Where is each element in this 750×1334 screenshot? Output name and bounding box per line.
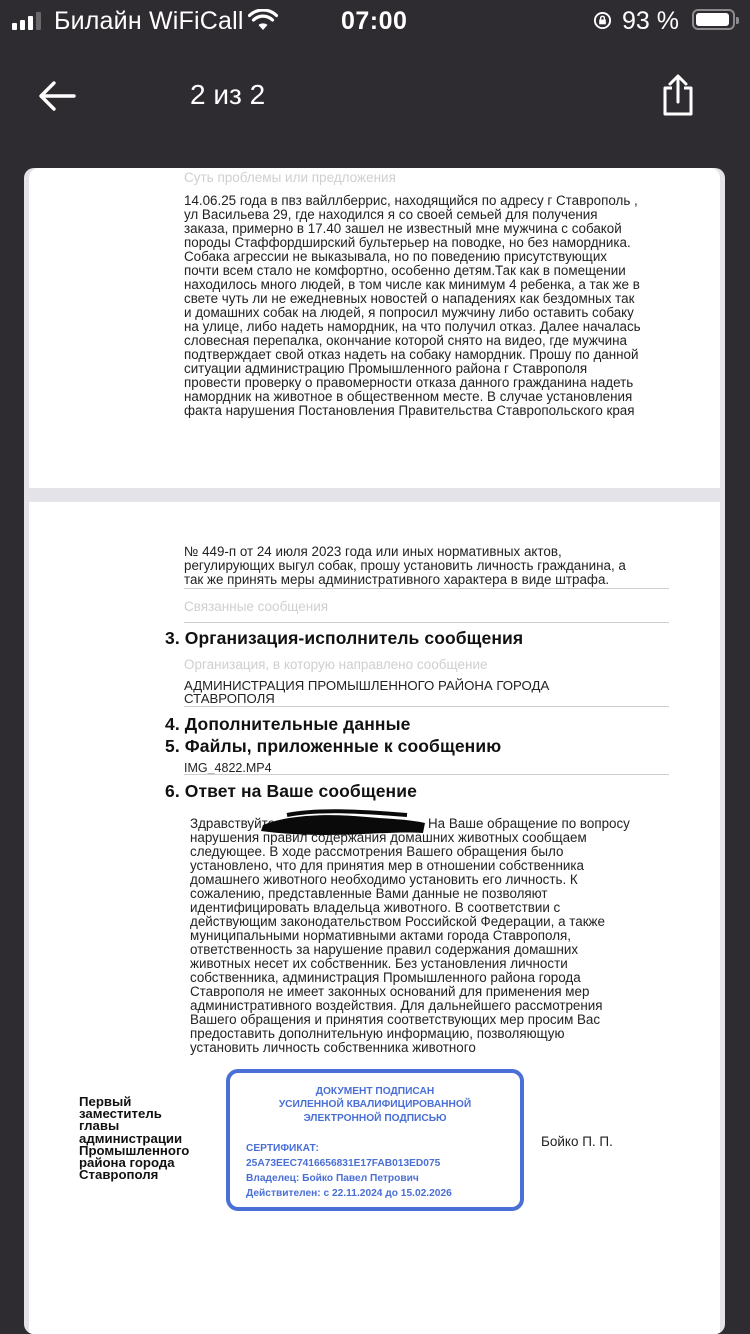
problem-label: Суть проблемы или предложения (184, 170, 396, 185)
document-page-2: № 449-п от 24 июля 2023 года или иных но… (29, 502, 720, 1334)
clock: 07:00 (341, 7, 407, 36)
document-page-1: Суть проблемы или предложения 14.06.25 г… (29, 168, 720, 488)
problem-text-continued: № 449-п от 24 июля 2023 года или иных но… (184, 545, 626, 587)
section-6-heading: 6. Ответ на Ваше сообщение (165, 781, 417, 802)
divider (184, 588, 669, 589)
section-3-heading: 3. Организация-исполнитель сообщения (165, 628, 523, 649)
signer-position: Первый заместитель главы администрации П… (79, 1096, 189, 1181)
related-messages-label: Связанные сообщения (184, 599, 328, 614)
stamp-owner: Владелец: Бойко Павел Петрович (246, 1173, 419, 1184)
signer-name: Бойко П. П. (541, 1134, 613, 1149)
share-icon (654, 72, 702, 118)
wifi-icon (248, 9, 278, 31)
battery-percent: 93 % (622, 7, 679, 36)
section-5-heading: 5. Файлы, приложенные к сообщению (165, 736, 501, 757)
reply-first-line: На Ваше обращение по вопросу (428, 817, 630, 831)
back-button[interactable] (34, 76, 82, 116)
document-viewer[interactable]: Суть проблемы или предложения 14.06.25 г… (24, 168, 725, 1334)
arrow-left-icon (34, 76, 82, 116)
share-button[interactable] (654, 72, 702, 118)
section-4-heading: 4. Дополнительные данные (165, 714, 410, 735)
signal-icon (12, 12, 41, 30)
divider (184, 706, 669, 707)
organization-value: АДМИНИСТРАЦИЯ ПРОМЫШЛЕННОГО РАЙОНА ГОРОД… (184, 679, 549, 705)
status-bar: Билайн WiFiCall 07:00 93 % (0, 0, 750, 42)
problem-text: 14.06.25 года в пвз вайллберрис, находящ… (184, 194, 641, 418)
organization-label: Организация, в которую направлено сообще… (184, 657, 488, 672)
stamp-certificate-id: 25A73EEC7416656831E17FAB013ED075 (246, 1158, 440, 1169)
stamp-certificate-label: СЕРТИФИКАТ: (246, 1143, 319, 1154)
divider (184, 774, 669, 775)
carrier-name: Билайн WiFiCall (54, 7, 244, 36)
divider (184, 622, 669, 623)
electronic-signature-stamp: ДОКУМЕНТ ПОДПИСАН УСИЛЕННОЙ КВАЛИФИЦИРОВ… (226, 1069, 524, 1211)
stamp-header: ДОКУМЕНТ ПОДПИСАН УСИЛЕННОЙ КВАЛИФИЦИРОВ… (230, 1085, 520, 1125)
reply-text: нарушения правил содержания домашних жив… (190, 831, 605, 1055)
battery-icon (692, 9, 735, 30)
attached-file-link[interactable]: IMG_4822.MP4 (184, 761, 272, 775)
page-indicator: 2 из 2 (190, 79, 265, 111)
stamp-validity: Действителен: с 22.11.2024 до 15.02.2026 (246, 1188, 452, 1199)
rotation-lock-icon (593, 11, 612, 30)
